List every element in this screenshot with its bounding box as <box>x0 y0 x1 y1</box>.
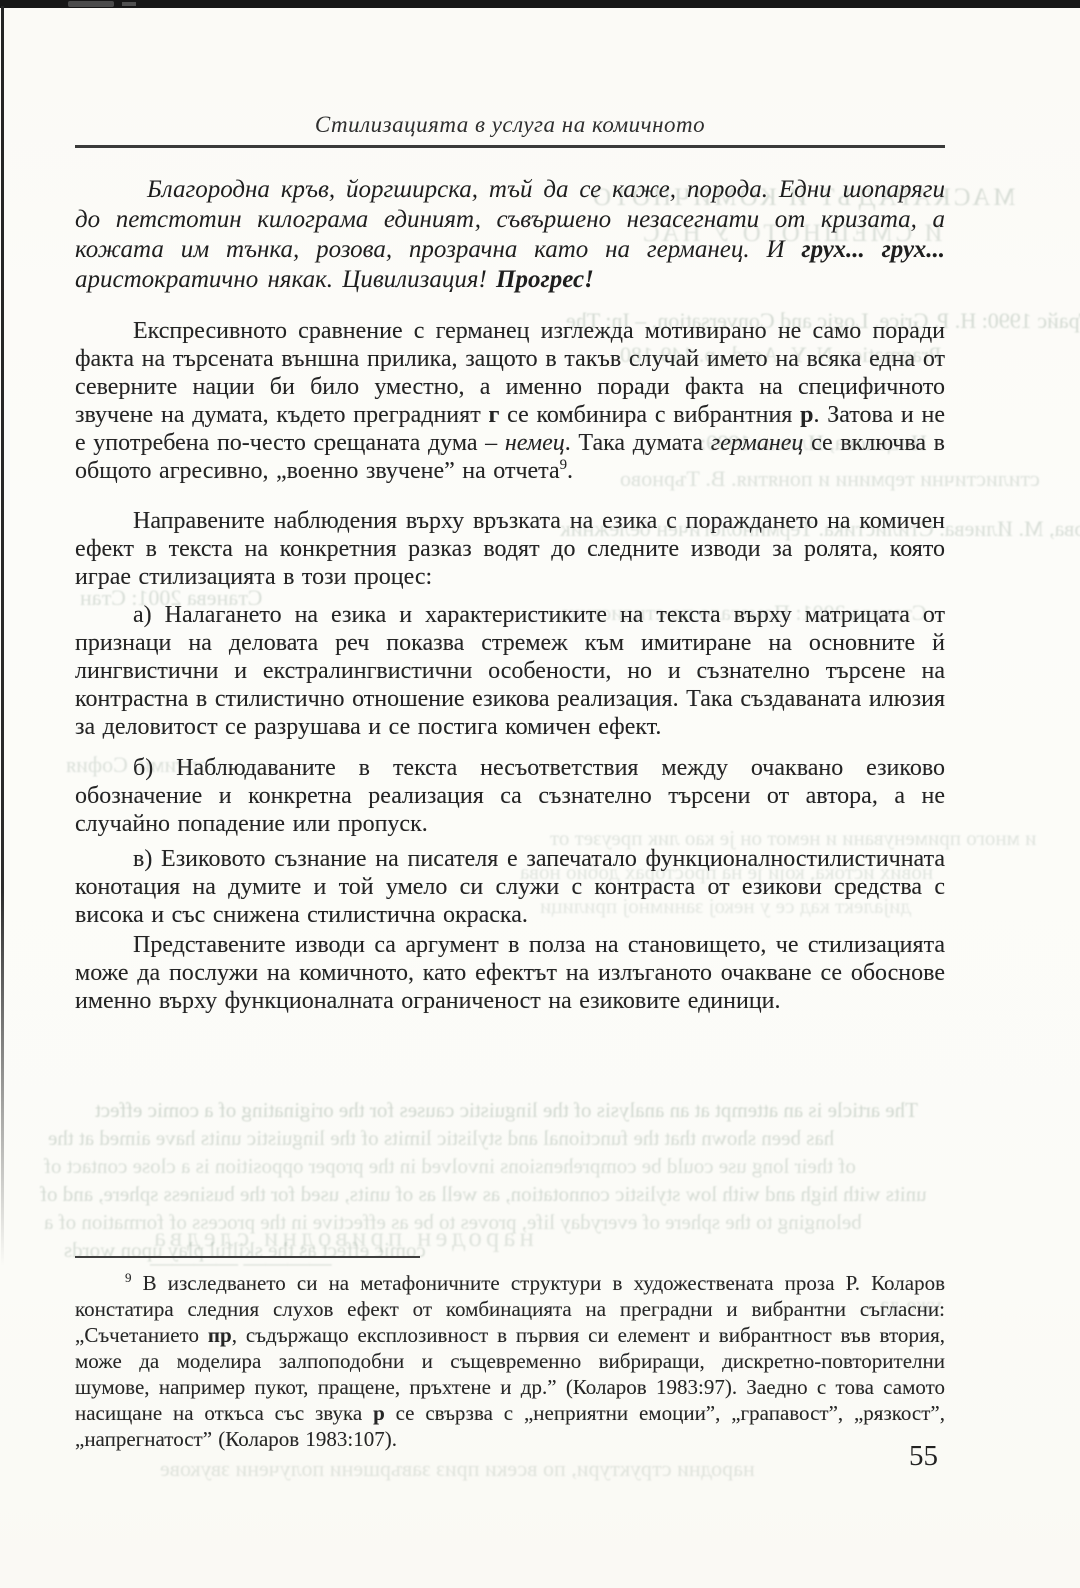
scan-edge-top <box>0 0 1080 8</box>
bleedthrough-abstract-line: The article is an attempt at an analysis… <box>95 1098 918 1123</box>
bleedthrough-abstract-line: has been shown that the functional and s… <box>48 1126 834 1151</box>
bleedthrough-text: народни структури, по всеки приз завърше… <box>160 1456 755 1482</box>
footnote-separator <box>75 1256 420 1258</box>
page-content: Стилизацията в услуга на комичното Благо… <box>75 110 945 1015</box>
bleedthrough-text: народен приводни следва <box>150 1222 534 1253</box>
footnote-block: 9 В изследването си на метафоничните стр… <box>75 1256 945 1452</box>
running-header: Стилизацията в услуга на комичното <box>75 110 945 140</box>
body-paragraph-item-b: б) Наблюдаваните в текста несъответствия… <box>75 754 945 838</box>
scan-artifact-smudge <box>68 1 114 7</box>
scan-edge-left <box>1 6 4 1266</box>
bleedthrough-abstract-line: of their long use could be comprehension… <box>44 1154 856 1179</box>
body-paragraph: Експресивното сравнение с германец изгле… <box>75 317 945 485</box>
bleedthrough-abstract-line: belonging to the sphere of everyday life… <box>44 1210 862 1235</box>
scan-artifact-smudge-small <box>122 2 136 6</box>
body-paragraph: Направените наблюдения върху връзката на… <box>75 507 945 591</box>
page-number: 55 <box>909 1440 938 1473</box>
header-rule <box>75 145 945 148</box>
body-paragraph-item-a: а) Налагането на езика и характеристикит… <box>75 601 945 741</box>
body-paragraph-conclusion: Представените изводи са аргумент в полза… <box>75 931 945 1015</box>
scanned-page: МАСКАРАДЪТ И КОМИЧНОТО И СМЕШНОТО У НАС … <box>0 0 1080 1588</box>
bleedthrough-abstract-line: units with high and with low stylistic c… <box>40 1182 927 1207</box>
quoted-excerpt: Благородна кръв, йоргширска, тъй да се к… <box>75 175 945 295</box>
body-paragraph-item-v: в) Езиковото съзнание на писателя е запе… <box>75 845 945 929</box>
footnote-text: 9 В изследването си на метафоничните стр… <box>75 1270 945 1452</box>
